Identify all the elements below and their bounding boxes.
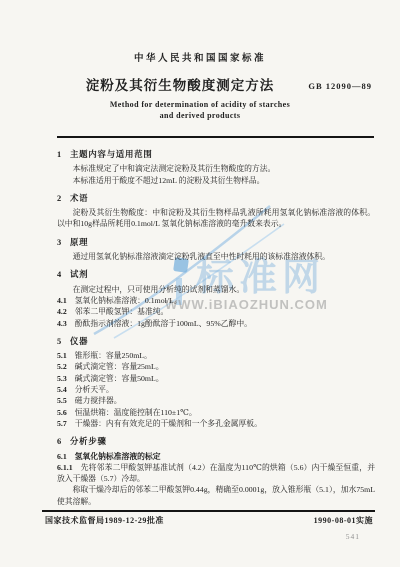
clause-text: 邻苯二甲酸氢钾：基准纯。 [75, 307, 169, 316]
doc-line: 淀粉及其衍生物酸度：中和淀粉及其衍生物样品乳液所耗用氢氧化钠标准溶液的体积。以中… [57, 207, 375, 230]
doc-line: 6.1.2加入酚酞指示剂溶液（4.3）2～3滴，将锥形瓶放在磁力搅拌器（5.5）… [57, 507, 375, 508]
title-english-line2: and derived products [0, 111, 400, 120]
section-heading: 1主题内容与适用范围 [57, 149, 375, 160]
document-page: 标准网 WWW.iBIAOZHUN.COM 中华人民共和国国家标准 淀粉及其衍生… [0, 0, 400, 567]
implementation-note: 1990-08-01实施 [314, 515, 373, 526]
clause-number: 6.1 [57, 452, 67, 461]
clause-number: 4 [57, 270, 62, 279]
clause-number: 4.3 [57, 319, 67, 328]
clause-number: 5.4 [57, 385, 67, 394]
section-heading: 3原理 [57, 237, 375, 248]
clause-number: 2 [57, 194, 62, 203]
header-divider [57, 136, 374, 138]
clause-number: 5.2 [57, 362, 67, 371]
clause-text: 碱式滴定管：容量50mL。 [75, 374, 164, 383]
clause-number: 5.5 [57, 396, 67, 405]
clause-number: 6 [57, 437, 62, 446]
doc-line: 4.2邻苯二甲酸氢钾：基准纯。 [57, 306, 375, 317]
clause-text: 试剂 [70, 270, 88, 279]
approval-note: 国家技术监督局1989-12-29批准 [45, 515, 164, 526]
doc-line: 5.3碱式滴定管：容量50mL。 [57, 373, 375, 384]
clause-text: 术语 [70, 194, 88, 203]
clause-number: 4.1 [57, 296, 67, 305]
doc-line: 在测定过程中，只可使用分析纯的试剂和蒸馏水。 [57, 284, 375, 295]
clause-text: 分析步骤 [70, 437, 107, 446]
clause-text: 干燥器：内有有效充足的干燥剂和一个多孔金属厚板。 [75, 419, 262, 428]
standard-authority-label: 中华人民共和国国家标准 [0, 50, 400, 64]
page-number: 541 [346, 532, 360, 541]
clause-number: 5 [57, 337, 62, 346]
section-heading: 6分析步骤 [57, 436, 375, 447]
clause-text: 仪器 [70, 337, 88, 346]
doc-line: 5.1锥形瓶：容量250mL。 [57, 350, 375, 361]
footer: 国家技术监督局1989-12-29批准 1990-08-01实施 [45, 515, 373, 526]
clause-text: 淀粉及其衍生物酸度：中和淀粉及其衍生物样品乳液所耗用氢氧化钠标准溶液的体积。以中… [57, 208, 375, 228]
clause-number: 5.6 [57, 408, 67, 417]
standard-number: GB 12090—89 [308, 81, 372, 91]
clause-text: 主题内容与适用范围 [70, 150, 153, 159]
doc-line: 本标准规定了中和滴定法测定淀粉及其衍生物酸度的方法。 [57, 163, 375, 174]
doc-line: 通过用氢氧化钠标准溶液滴定淀粉乳液直至中性时耗用的该标准溶液体积。 [57, 251, 375, 262]
clause-text: 氢氧化钠标准溶液的标定 [75, 452, 161, 461]
clause-number: 3 [57, 238, 62, 247]
footer-divider [42, 510, 375, 512]
section-heading: 4试剂 [57, 269, 375, 280]
clause-text: 称取干燥冷却后的邻苯二甲酸氢钾0.44g，精确至0.0001g，放入锥形瓶（5.… [57, 485, 375, 505]
doc-line: 5.5磁力搅拌器。 [57, 395, 375, 406]
clause-number: 1 [57, 150, 62, 159]
title-english-line1: Method for determination of acidity of s… [0, 100, 400, 109]
doc-line: 4.1氢氧化钠标准溶液：0.1mol/L。 [57, 295, 375, 306]
clause-text: 氢氧化钠标准溶液：0.1mol/L。 [75, 296, 182, 305]
clause-text: 酚酞指示剂溶液：1g酚酞溶于100mL、95%乙醇中。 [75, 319, 252, 328]
clause-number: 5.7 [57, 419, 67, 428]
doc-line: 4.3酚酞指示剂溶液：1g酚酞溶于100mL、95%乙醇中。 [57, 318, 375, 329]
clause-text: 本标准适用于酸度不超过12mL 的淀粉及其衍生物样品。 [73, 176, 265, 185]
doc-line: 5.4分析天平。 [57, 384, 375, 395]
clause-text: 在测定过程中，只可使用分析纯的试剂和蒸馏水。 [73, 285, 245, 294]
clause-text: 原理 [70, 238, 88, 247]
page-title: 淀粉及其衍生物酸度测定方法 [0, 74, 360, 94]
doc-line: 5.6恒温烘箱：温度能控制在110±1℃。 [57, 407, 375, 418]
clause-number: 4.2 [57, 307, 67, 316]
clause-text: 先将邻苯二甲酸氢钾基准试剂（4.2）在温度为110℃的烘箱（5.6）内干燥至恒重… [57, 463, 375, 483]
doc-line: 5.2碱式滴定管：容量25mL。 [57, 361, 375, 372]
clause-text: 碱式滴定管：容量25mL。 [75, 362, 164, 371]
clause-text: 通过用氢氧化钠标准溶液滴定淀粉乳液直至中性时耗用的该标准溶液体积。 [73, 252, 330, 261]
clause-number: 5.3 [57, 374, 67, 383]
doc-line: 称取干燥冷却后的邻苯二甲酸氢钾0.44g，精确至0.0001g，放入锥形瓶（5.… [57, 484, 375, 507]
doc-line: 本标准适用于酸度不超过12mL 的淀粉及其衍生物样品。 [57, 175, 375, 186]
section-heading: 5仪器 [57, 336, 375, 347]
clause-text: 恒温烘箱：温度能控制在110±1℃。 [75, 408, 197, 417]
clause-text: 分析天平。 [75, 385, 114, 394]
doc-line: 6.1.1先将邻苯二甲酸氢钾基准试剂（4.2）在温度为110℃的烘箱（5.6）内… [57, 462, 375, 485]
document-body: 1主题内容与适用范围本标准规定了中和滴定法测定淀粉及其衍生物酸度的方法。本标准适… [57, 148, 375, 508]
clause-number: 5.1 [57, 351, 67, 360]
clause-number: 6.1.1 [57, 463, 73, 472]
clause-text: 锥形瓶：容量250mL。 [75, 351, 152, 360]
clause-text: 本标准规定了中和滴定法测定淀粉及其衍生物酸度的方法。 [73, 164, 276, 173]
clause-text: 磁力搅拌器。 [75, 396, 122, 405]
doc-line: 5.7干燥器：内有有效充足的干燥剂和一个多孔金属厚板。 [57, 418, 375, 429]
doc-line: 6.1氢氧化钠标准溶液的标定 [57, 451, 375, 462]
section-heading: 2术语 [57, 193, 375, 204]
